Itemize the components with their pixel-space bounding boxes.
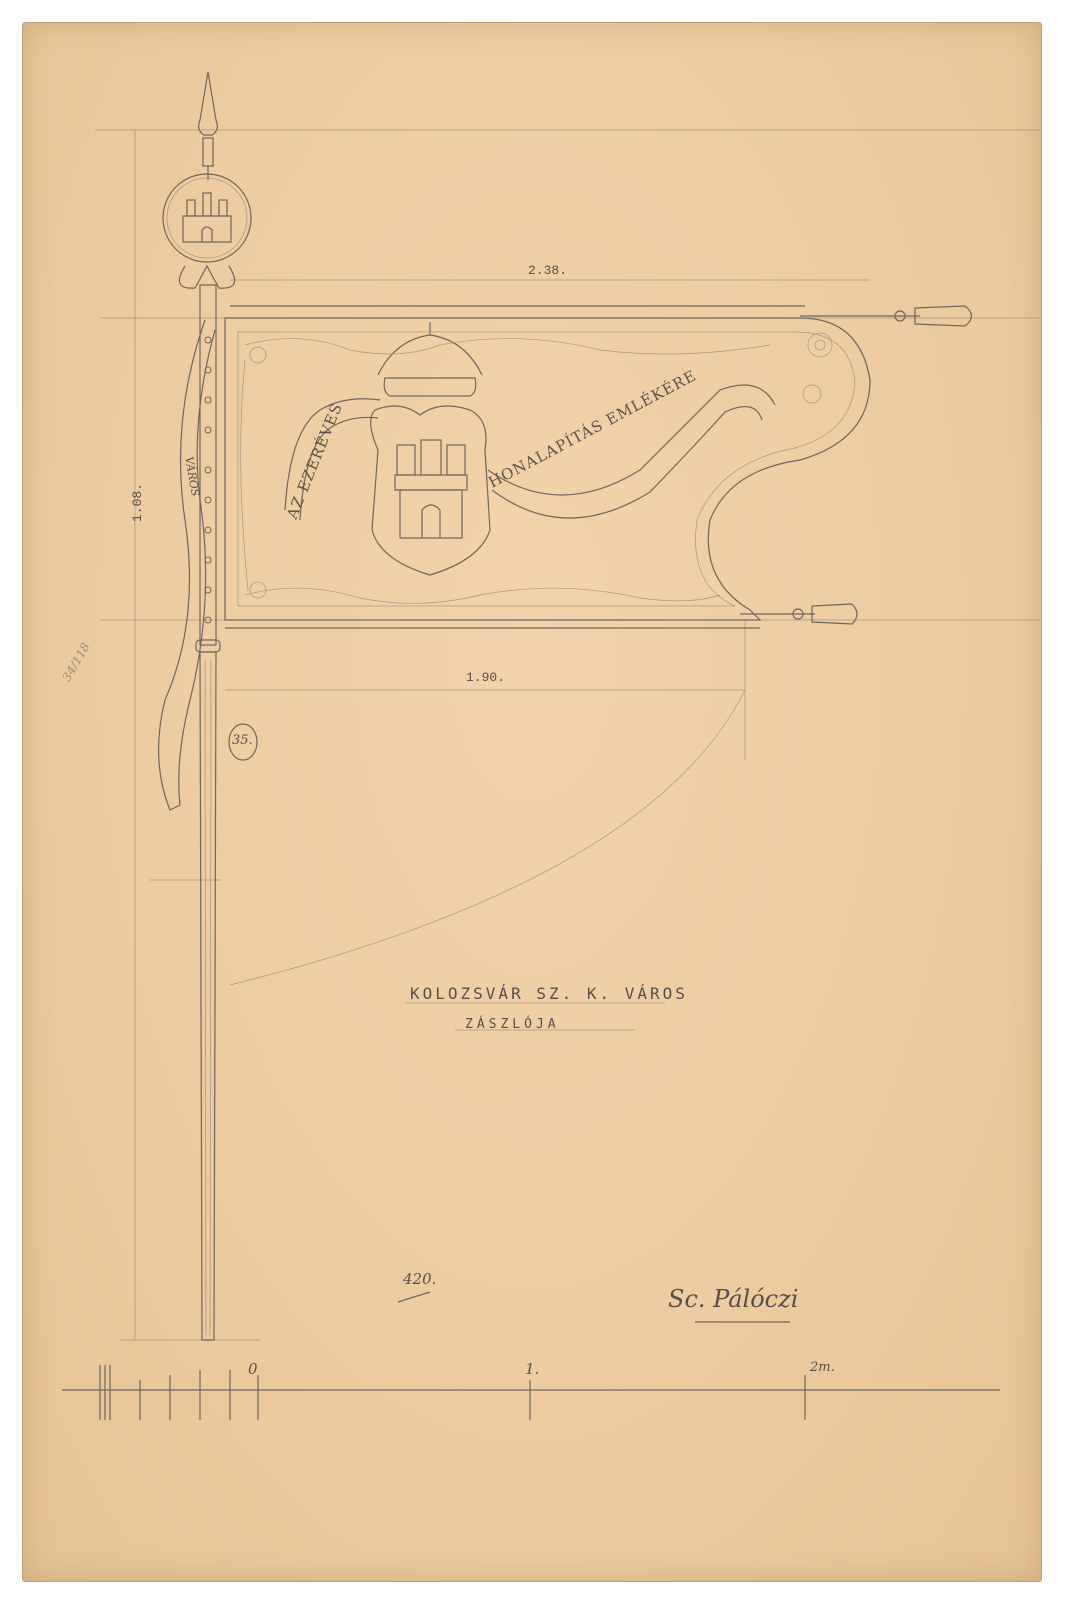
scale-tick-1: 1. xyxy=(525,1360,539,1378)
signature: Sc. Pálóczi xyxy=(668,1285,798,1313)
scale-tick-2: 2m. xyxy=(810,1360,835,1375)
ribbon-text-right: HONALAPÍTÁS EMLÉKÉRE xyxy=(485,366,699,491)
wreath-emblem xyxy=(163,174,251,288)
circled-number: 35. xyxy=(232,733,253,748)
dimension-height: 1.08. xyxy=(130,483,145,522)
pole-ribbon xyxy=(159,320,215,810)
dimension-top-width: 2.38. xyxy=(528,263,567,278)
drawing-title-line1: KOLOZSVÁR SZ. K. VÁROS xyxy=(410,984,688,1003)
page-number-underline xyxy=(398,1292,430,1302)
page-number: 420. xyxy=(403,1270,436,1288)
dimension-bottom-width: 1.90. xyxy=(466,670,505,685)
flag-banner xyxy=(225,306,870,628)
drawing-title-line2: ZÁSZLÓJA xyxy=(465,1017,560,1032)
crown xyxy=(378,322,482,396)
coat-of-arms-shield xyxy=(371,406,490,575)
scale-tick-0: 0 xyxy=(248,1360,258,1378)
spear-finial xyxy=(199,72,218,180)
flag-pole xyxy=(196,285,220,1340)
